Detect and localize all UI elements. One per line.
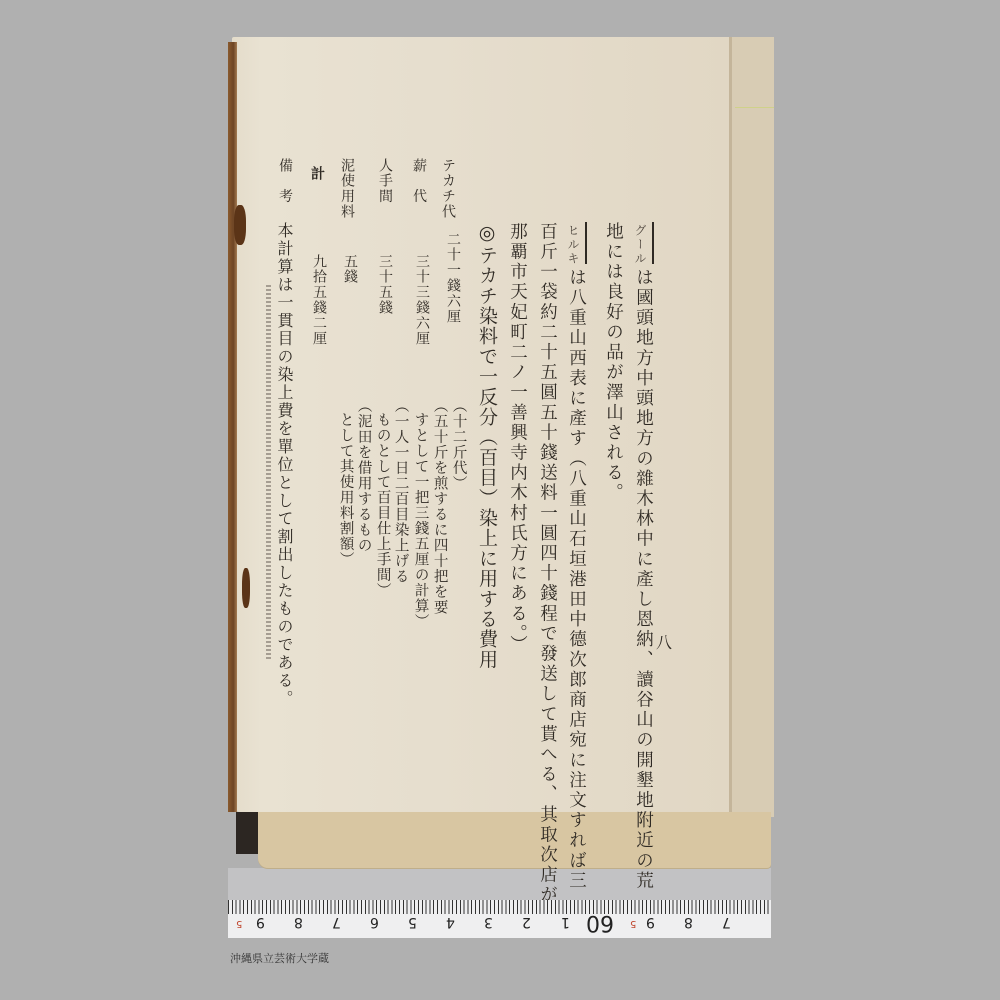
ruler-label: 9 — [256, 914, 265, 930]
stain-mark — [234, 205, 246, 245]
cost-note-labor-1: （一人一日二百目染上げる — [392, 398, 409, 584]
cost-item-tekachi: テカチ代 — [441, 158, 455, 220]
text-column-2: 地には良好の品が澤山される。 — [604, 222, 622, 503]
ruler-label: 1 — [561, 914, 570, 930]
measuring-ruler: 5 9 8 7 6 5 4 3 2 1 60 5 9 8 7 — [228, 900, 771, 938]
cost-note-mud-1: （泥田を借用するもの — [355, 398, 372, 553]
ruler-label: 8 — [684, 914, 693, 930]
ruler-label: 5 — [236, 918, 242, 929]
cost-item-firewood: 薪 代 — [412, 158, 426, 204]
ruler-label: 3 — [484, 914, 493, 930]
total-label: 計 — [310, 166, 324, 181]
cost-item-labor: 人手間 — [378, 158, 392, 204]
term-gooru: グール — [634, 224, 646, 266]
ruler-label: 2 — [522, 914, 531, 930]
stain-mark — [242, 568, 250, 608]
cost-note-firewood-2: すとして一把三錢五厘の計算） — [412, 412, 429, 629]
total-amount: 九拾五錢二厘 — [312, 254, 326, 346]
ruler-label: 5 — [408, 914, 417, 930]
text-column-3: は八重山西表に產す（八重山石垣港田中德次郎商店宛に注文すれば三 — [567, 268, 585, 891]
cost-note-mud-2: として其使用料割額） — [337, 412, 354, 567]
name-bracket-bar — [585, 222, 587, 264]
ruler-label: 60 — [586, 910, 614, 935]
name-bracket-bar — [652, 222, 654, 264]
page-number: 八 — [656, 630, 672, 653]
ruler-label: 9 — [646, 914, 655, 930]
cost-note-firewood-1: （五十斤を煎するに四十把を要 — [431, 398, 448, 615]
cost-amount-firewood: 三十三錢六厘 — [415, 254, 429, 346]
book-binding — [236, 812, 258, 854]
ruler-label: 5 — [630, 918, 636, 929]
cost-note-labor-2: ものとして百目仕上手間） — [374, 412, 391, 598]
ruler-label: 8 — [294, 914, 303, 930]
collection-credit: 沖縄県立芸術大学蔵 — [230, 950, 329, 966]
cost-amount-mud: 五錢 — [343, 254, 357, 285]
cost-note-tekachi: （十二斤代） — [450, 398, 467, 491]
text-column-1: は國頭地方中頭地方の雜木林中に產し恩納、讀谷山の開墾地附近の荒 — [634, 268, 652, 891]
remarks-text: 本計算は一貫目の染上費を單位として割出したものである。 — [276, 222, 292, 708]
background-surface — [228, 868, 771, 900]
back-pages-edge — [258, 812, 771, 868]
text-column-4: 百斤一袋約二十五圓五十錢送料一圓四十錢程で發送して貰へる、其取次店が — [538, 222, 556, 905]
ruler-label: 4 — [446, 914, 455, 930]
page-spine-edge — [228, 42, 237, 812]
ruler-ticks — [228, 900, 771, 914]
adjacent-page-edge — [729, 37, 774, 817]
cost-amount-labor: 三十五錢 — [378, 254, 392, 316]
ruler-label: 7 — [722, 914, 731, 930]
cost-item-mud: 泥使用料 — [340, 158, 354, 220]
ruler-label: 6 — [370, 914, 379, 930]
wavy-margin-line — [266, 285, 271, 660]
ruler-label: 7 — [332, 914, 341, 930]
term-hiruki: ヒルキ — [567, 224, 579, 266]
cost-amount-tekachi: 二十一錢六厘 — [446, 232, 460, 324]
remarks-label: 備 考 — [278, 158, 292, 204]
section-heading: ◎テカチ染料で一反分（百目）染上に用する費用 — [477, 222, 496, 669]
text-column-5: 那覇市天妃町二ノ一善興寺内木村氏方にある。） — [508, 222, 526, 655]
